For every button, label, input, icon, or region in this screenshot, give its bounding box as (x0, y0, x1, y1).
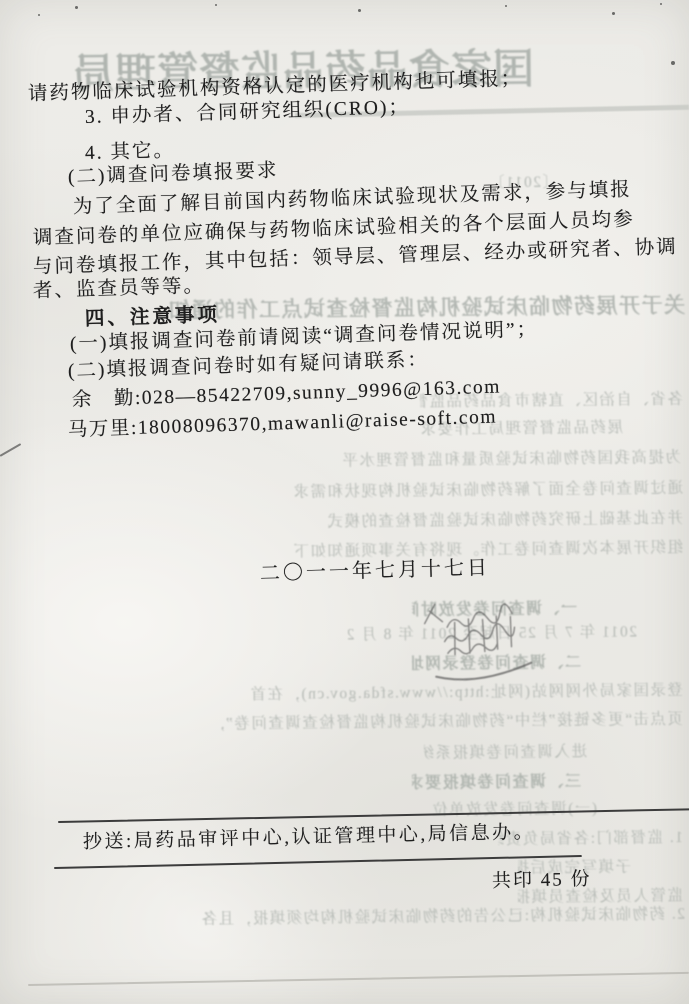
bleed-through-line: 页点击“更多链接”栏中“药物临床试验机构监督检查调查问卷”, (34, 707, 683, 736)
bleed-through-line: 登录国家局外网网站(网址:http://www.sfda.gov.cn)，在首 (48, 678, 683, 707)
bleed-through-line: 为提高我国药物临床试验质量和监督管理水平 (92, 445, 681, 473)
date-line: 二〇一一年七月十七日 (260, 557, 490, 585)
ink-speck (215, 4, 217, 6)
cc-line: 抄送:局药品审评中心,认证管理中心,局信息办。 (83, 823, 536, 854)
bleed-through-line: 三、调查问卷填报要求 (412, 768, 581, 793)
bleed-through-line: 通过调查问卷全面了解药物临床试验机构现状和需求 (36, 476, 683, 505)
cc-divider-bottom (54, 855, 582, 869)
ink-speck (660, 3, 662, 5)
pen-mark (0, 443, 21, 457)
body-line: 4. 其它。 (85, 140, 176, 164)
ink-speck (505, 5, 507, 7)
body-line: (二)填报调查问卷时如有疑问请联系： (68, 350, 429, 383)
ink-speck (38, 14, 40, 16)
body-line: (二)调查问卷填报要求 (68, 160, 279, 188)
ink-speck (671, 61, 675, 65)
ink-speck (358, 9, 361, 12)
bleed-through-bottom-rule (28, 972, 689, 986)
bleed-through-line: (一)调查问卷发放单位 (422, 796, 597, 820)
bleed-through-line: 2. 药物临床试验机构:已公告的药物临床试验机构均须填报，且各 (44, 902, 685, 931)
copies-count: 共印 45 份 (492, 870, 592, 893)
ink-speck (612, 12, 615, 15)
section-heading: 四、注意事项 (85, 305, 221, 331)
ink-speck (75, 6, 78, 9)
scanned-page: 国家食品药品监督管理局 〔2011〕 关于开展药物临床试验机构监督检查试点工作的… (0, 0, 689, 1004)
bleed-through-line: 并在此基础上研究药物临床试验监督检查的模式 (58, 506, 683, 535)
seal-smudge (399, 576, 559, 691)
bleed-through-line: 进入调查问卷填报系统。 (424, 739, 587, 763)
